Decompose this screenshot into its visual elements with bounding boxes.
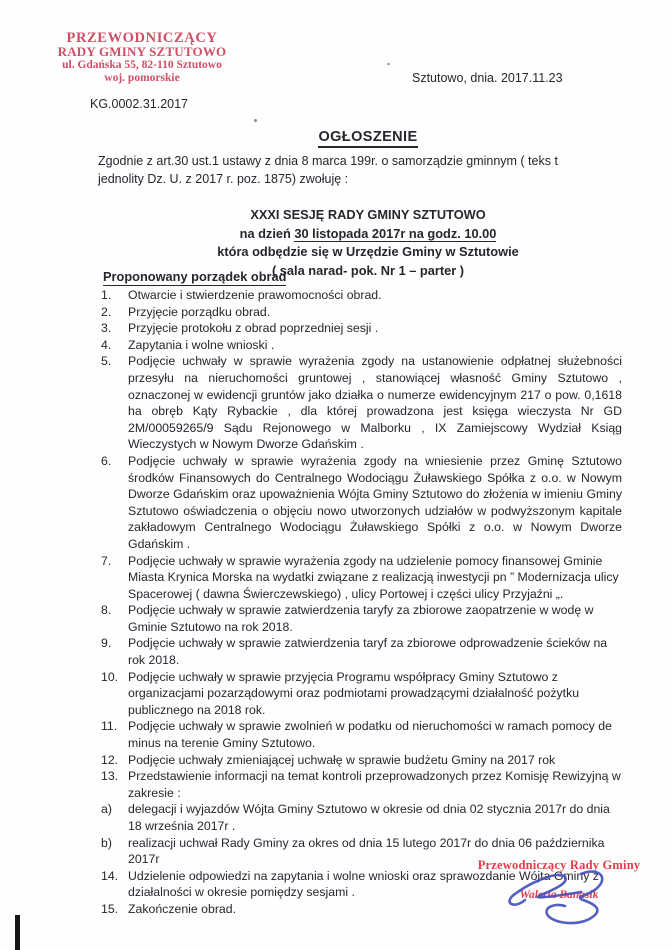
agenda-item-marker: 11. (101, 718, 128, 751)
title-wrap: OGŁOSZENIE (100, 128, 636, 148)
scan-artifact-dot (254, 119, 257, 122)
agenda-item: 12.Podjęcie uchwały zmieniającej uchwałę… (101, 752, 622, 769)
agenda-item-marker: 6. (101, 453, 128, 553)
document-page: PRZEWODNICZĄCY RADY GMINY SZTUTOWO ul. G… (0, 0, 672, 950)
agenda-item-marker: 12. (101, 752, 128, 769)
agenda-item: 2.Przyjęcie porządku obrad. (101, 304, 622, 321)
agenda-item-text: delegacji i wyjazdów Wójta Gminy Sztutow… (128, 801, 622, 834)
agenda-heading-wrap: Proponowany porządek obrad (103, 268, 286, 286)
intro-paragraph: Zgodnie z art.30 ust.1 ustawy z dnia 8 m… (98, 152, 606, 188)
agenda-item-text: Otwarcie i stwierdzenie prawomocności ob… (128, 287, 622, 304)
session-line-2: na dzień 30 listopada 2017r na godz. 10.… (100, 225, 636, 244)
agenda-item: a)delegacji i wyjazdów Wójta Gminy Sztut… (101, 801, 622, 834)
page-title: OGŁOSZENIE (318, 129, 417, 148)
agenda-item-text: Podjęcie uchwały w sprawie wyrażenia zgo… (128, 353, 622, 453)
agenda-item-marker: 10. (101, 669, 128, 719)
agenda-item-text: Podjęcie uchwały w sprawie zatwierdzenia… (128, 635, 622, 668)
agenda-item: 1.Otwarcie i stwierdzenie prawomocności … (101, 287, 622, 304)
agenda-item-marker: 15. (101, 901, 128, 918)
agenda-item-marker: 5. (101, 353, 128, 453)
document-date: Sztutowo, dnia. 2017.11.23 (412, 71, 563, 85)
agenda-item: 13.Przedstawienie informacji na temat ko… (101, 768, 622, 801)
agenda-heading: Proponowany porządek obrad (103, 269, 286, 286)
session-date-underlined: 30 listopada 2017r na godz. 10.00 (294, 226, 496, 243)
agenda-item: 4.Zapytania i wolne wnioski . (101, 337, 622, 354)
agenda-item-marker: 14. (101, 868, 128, 901)
agenda-item-marker: 3. (101, 320, 128, 337)
agenda-item-marker: 7. (101, 553, 128, 603)
stamp-line-2: RADY GMINY SZTUTOWO (54, 45, 230, 59)
agenda-item: 7.Podjęcie uchwały w sprawie wyrażenia z… (101, 553, 622, 603)
agenda-item-text: Zapytania i wolne wnioski . (128, 337, 622, 354)
agenda-item-text: Podjęcie uchwały w sprawie wyrażenia zgo… (128, 453, 622, 553)
agenda-item-marker: 2. (101, 304, 128, 321)
scan-artifact-dot (387, 63, 390, 65)
stamp-line-3: ul. Gdańska 55, 82-110 Sztutowo (54, 59, 230, 72)
agenda-item-marker: a) (101, 801, 128, 834)
agenda-item-text: Podjęcie uchwały w sprawie wyrażenia zgo… (128, 553, 622, 603)
handwritten-signature-icon (490, 866, 622, 928)
sender-stamp: PRZEWODNICZĄCY RADY GMINY SZTUTOWO ul. G… (54, 31, 230, 84)
agenda-item-marker: 9. (101, 635, 128, 668)
session-line-3: która odbędzie się w Urzędzie Gminy w Sz… (100, 243, 636, 262)
signature-block: Przewodniczący Rady Gminy Waleria Banasi… (452, 858, 666, 901)
agenda-item: 9.Podjęcie uchwały w sprawie zatwierdzen… (101, 635, 622, 668)
agenda-item-text: Podjęcie uchwały w sprawie przyjęcia Pro… (128, 669, 622, 719)
stamp-line-1: PRZEWODNICZĄCY (54, 31, 230, 45)
agenda-item-text: Podjęcie uchwały zmieniającej uchwałę w … (128, 752, 622, 769)
reference-number: KG.0002.31.2017 (90, 97, 188, 111)
agenda-item: 6.Podjęcie uchwały w sprawie wyrażenia z… (101, 453, 622, 553)
agenda-item: 10.Podjęcie uchwały w sprawie przyjęcia … (101, 669, 622, 719)
agenda-item-text: Przyjęcie porządku obrad. (128, 304, 622, 321)
session-line-1: XXXI SESJĘ RADY GMINY SZTUTOWO (100, 206, 636, 225)
agenda-item-marker: 13. (101, 768, 128, 801)
agenda-item-text: Przyjęcie protokołu z obrad poprzedniej … (128, 320, 622, 337)
agenda-item-marker: 4. (101, 337, 128, 354)
agenda-item: 5.Podjęcie uchwały w sprawie wyrażenia z… (101, 353, 622, 453)
agenda-item-marker: b) (101, 835, 128, 868)
agenda-item: 8.Podjęcie uchwały w sprawie zatwierdzen… (101, 602, 622, 635)
agenda-item-text: Przedstawienie informacji na temat kontr… (128, 768, 622, 801)
agenda-item: 3.Przyjęcie protokołu z obrad poprzednie… (101, 320, 622, 337)
agenda-list: 1.Otwarcie i stwierdzenie prawomocności … (101, 287, 622, 918)
agenda-item-text: Podjęcie uchwały w sprawie zatwierdzenia… (128, 602, 622, 635)
scan-artifact-line (15, 915, 20, 950)
agenda-item-text: Podjęcie uchwały w sprawie zwolnień w po… (128, 718, 622, 751)
agenda-item-marker: 8. (101, 602, 128, 635)
stamp-line-4: woj. pomorskie (54, 72, 230, 85)
agenda-item: 11.Podjęcie uchwały w sprawie zwolnień w… (101, 718, 622, 751)
agenda-item-marker: 1. (101, 287, 128, 304)
